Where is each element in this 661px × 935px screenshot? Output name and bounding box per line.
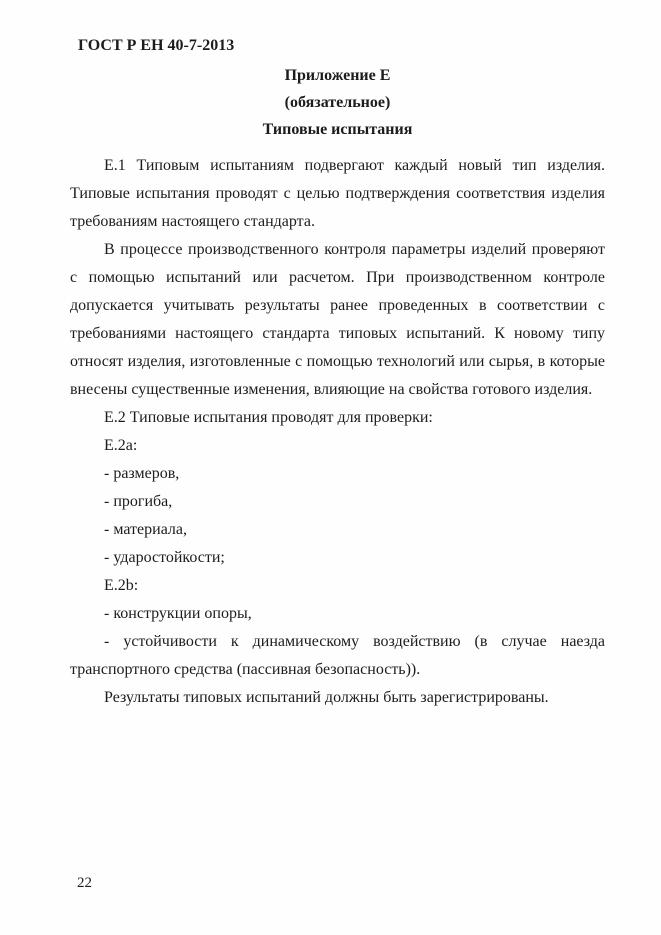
appendix-designation: (обязательное) [70, 89, 605, 116]
paragraph-e2a-label: Е.2а: [70, 432, 605, 460]
list-item-column-design: - конструкции опоры, [70, 600, 605, 628]
appendix-heading-block: Приложение Е (обязательное) Типовые испы… [70, 62, 605, 143]
paragraph-results: Результаты типовых испытаний должны быть… [70, 684, 605, 712]
list-item-impact-resistance: - ударостойкости; [70, 544, 605, 572]
page-content: ГОСТ Р ЕН 40-7-2013 Приложение Е (обязат… [0, 0, 661, 712]
body-text: Е.1 Типовым испытаниям подвергают каждый… [70, 152, 605, 712]
paragraph-e2-intro: Е.2 Типовые испытания проводят для прове… [70, 404, 605, 432]
list-item-dimensions: - размеров, [70, 460, 605, 488]
paragraph-production-control: В процессе производственного контроля па… [70, 236, 605, 404]
list-item-deflection: - прогиба, [70, 488, 605, 516]
document-page: ГОСТ Р ЕН 40-7-2013 Приложение Е (обязат… [0, 0, 661, 935]
page-number: 22 [77, 874, 92, 892]
doc-number: ГОСТ Р ЕН 40-7-2013 [78, 36, 605, 56]
paragraph-e1: Е.1 Типовым испытаниям подвергают каждый… [70, 152, 605, 236]
paragraph-e2b-label: Е.2b: [70, 572, 605, 600]
list-item-dynamic-impact: - устойчивости к динамическому воздейств… [70, 628, 605, 684]
appendix-title: Приложение Е [70, 62, 605, 89]
list-item-material: - материала, [70, 516, 605, 544]
appendix-subject: Типовые испытания [70, 116, 605, 143]
